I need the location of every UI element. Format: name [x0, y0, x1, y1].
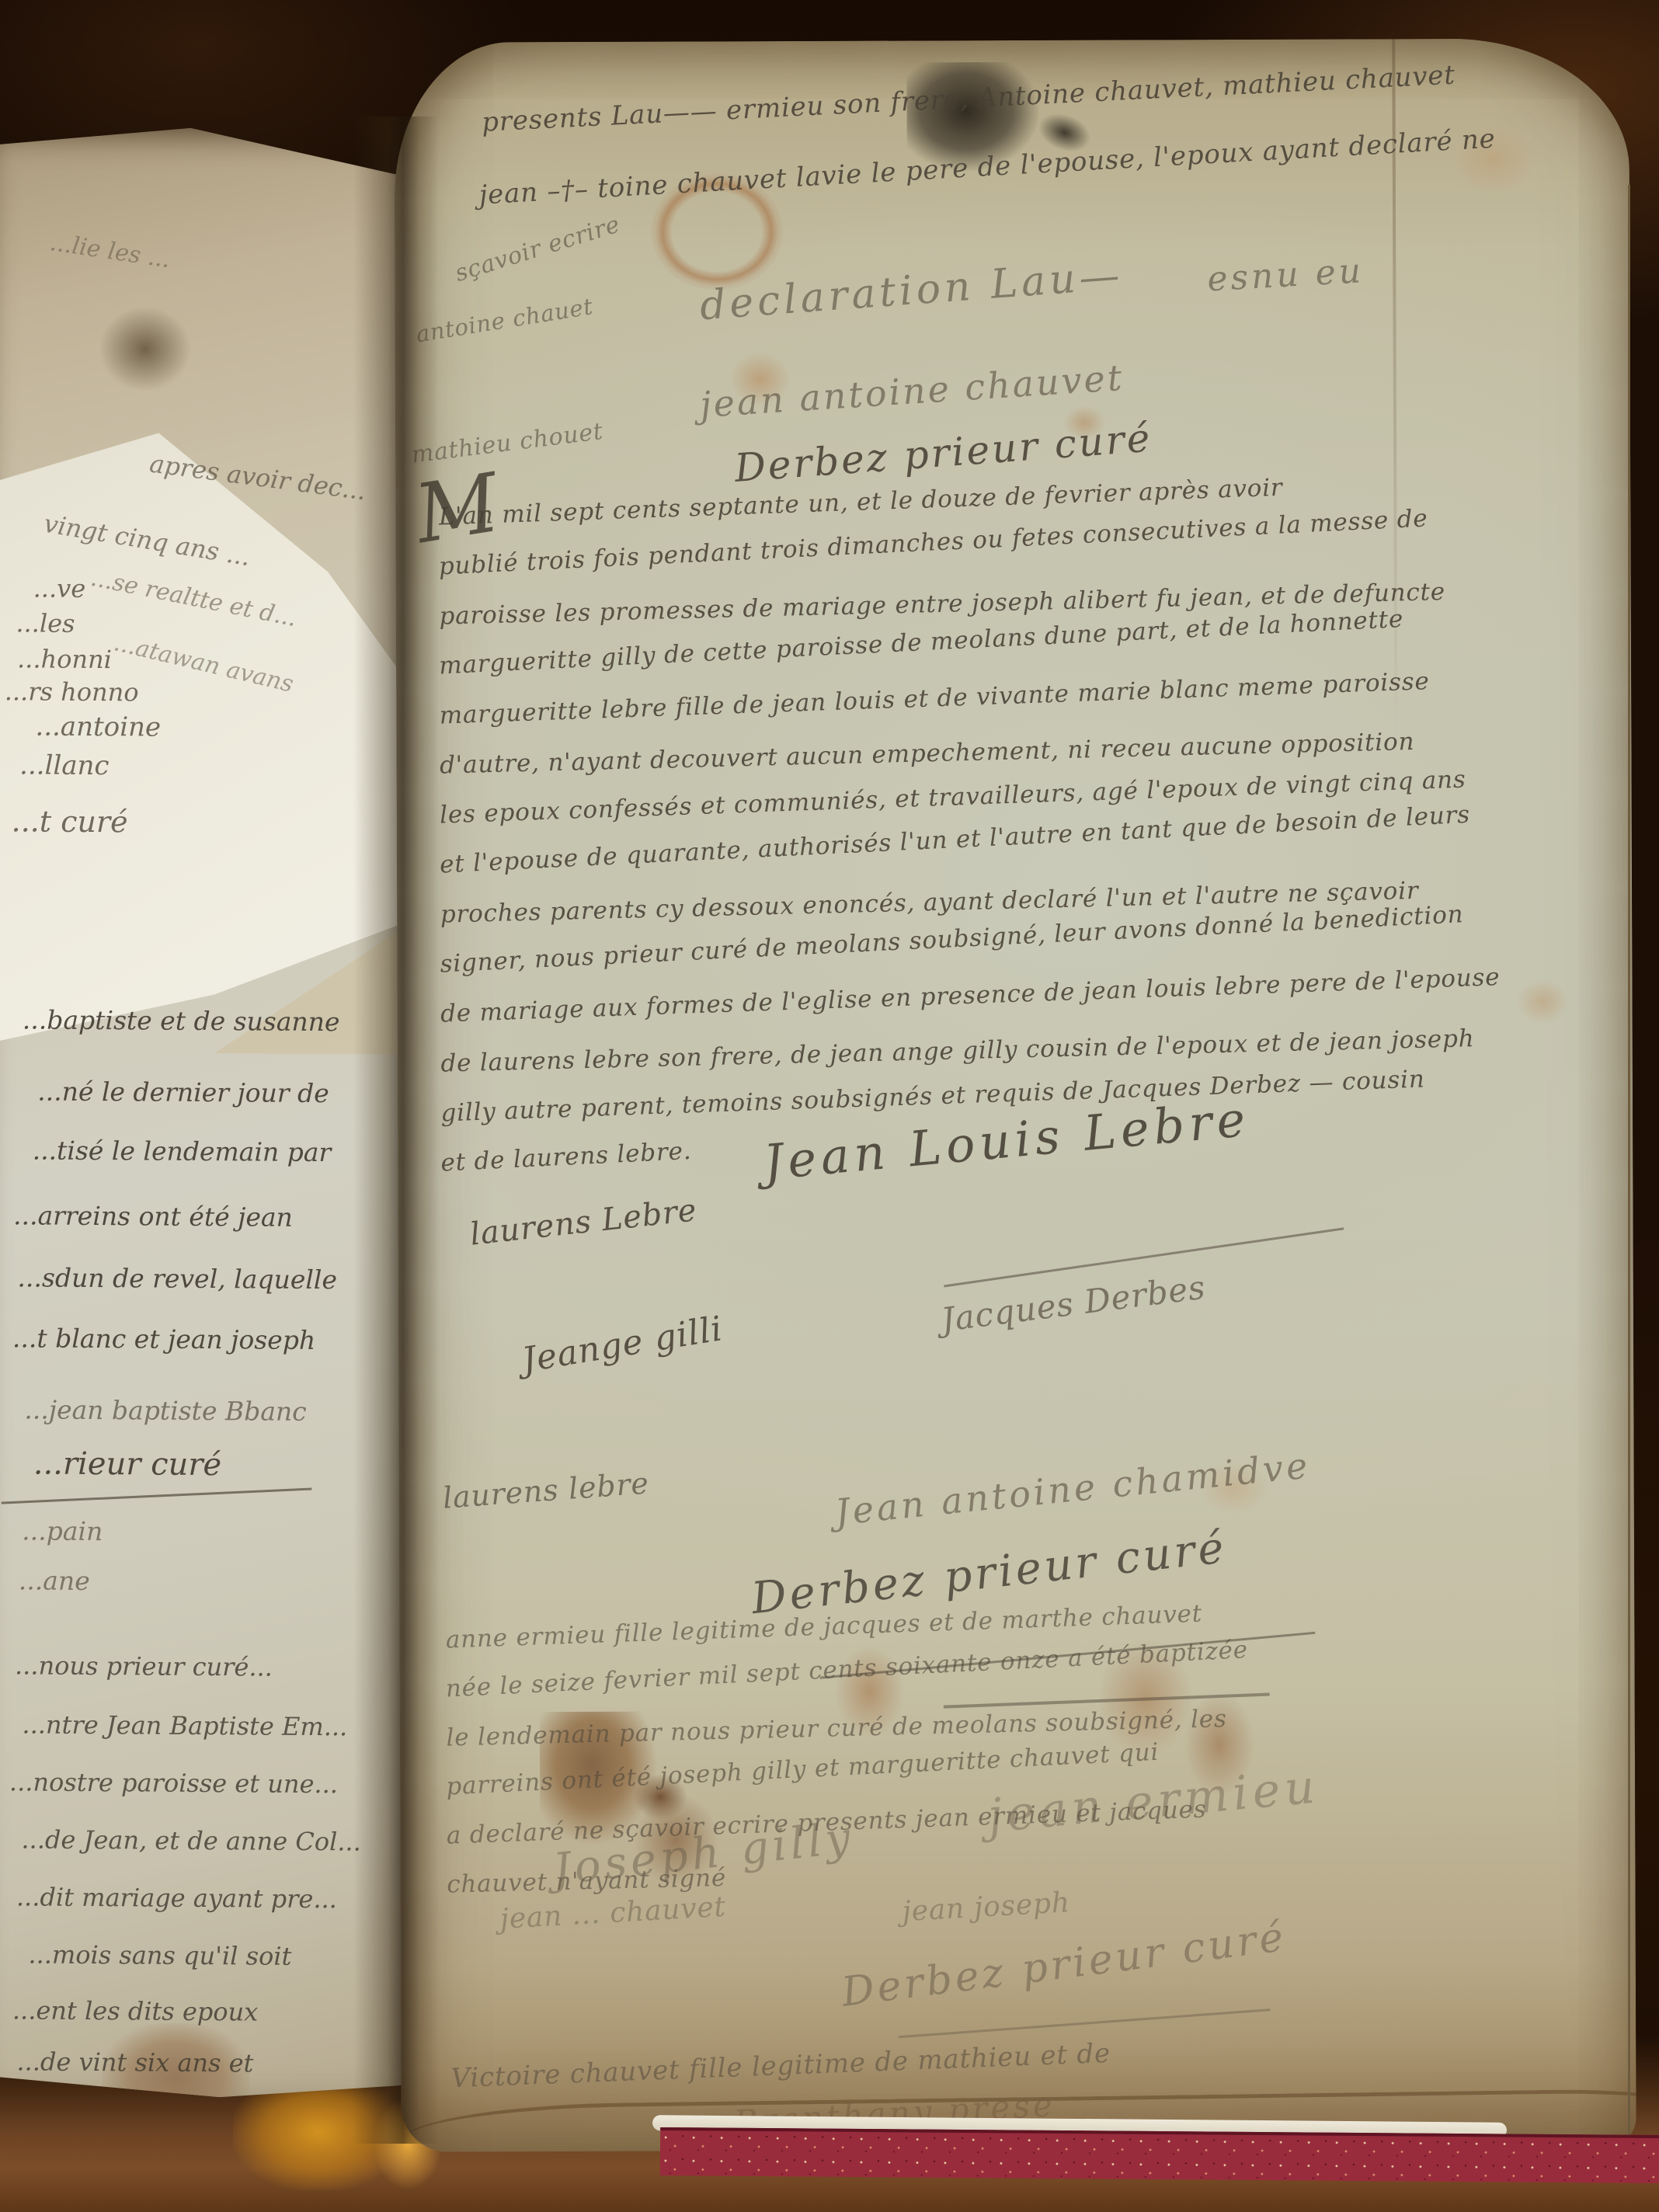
manuscript-name: jean antoine chauvet — [699, 360, 1125, 423]
page-fore-edge — [1628, 185, 1659, 2150]
manuscript-line: sçavoir ecrire — [453, 213, 623, 286]
manuscript-line: ...sdun de revel, laquelle — [17, 1262, 337, 1295]
signature: Jean antoine chamidve — [833, 1447, 1312, 1530]
manuscript-heading: declaration Lau— — [698, 256, 1125, 327]
manuscript-line: ...ane — [19, 1565, 90, 1596]
manuscript-line: ...né le dernier jour de — [37, 1076, 329, 1108]
margin-note: antoine chauet — [415, 295, 595, 346]
signature: Jeange gilli — [520, 1312, 725, 1378]
manuscript-fragment: ...llanc — [19, 750, 110, 781]
manuscript-line: ...nous prieur curé... — [15, 1650, 273, 1682]
margin-note: mathieu chouet — [410, 420, 604, 468]
torn-corner-white-page — [0, 127, 425, 2099]
flourish-line — [2, 1488, 312, 1504]
manuscript-line: ...nostre paroisse et une... — [9, 1767, 338, 1799]
manuscript-line: ...arreins ont été jean — [13, 1200, 293, 1233]
manuscript-line: ...t blanc et jean joseph — [12, 1323, 315, 1355]
signature: laurens lebre — [442, 1468, 650, 1512]
right-page: presents Lau—— ermieu son frere, Antoine… — [394, 38, 1636, 2152]
manuscript-line: presents Lau—— ermieu son frere, Antoine… — [481, 62, 1456, 136]
manuscript-line: ...ntre Jean Baptiste Em... — [22, 1709, 347, 1741]
manuscript-line: ...de vint six ans et — [16, 2047, 253, 2078]
signature: jean joseph — [902, 1889, 1071, 1926]
manuscript-line: ...dit mariage ayant pre... — [16, 1882, 337, 1914]
manuscript-line: jean –†– toine chauvet lavie le pere de … — [478, 126, 1496, 209]
manuscript-line: ...jean baptiste Bbanc — [24, 1394, 307, 1427]
manuscript-fragment: ...honni — [17, 644, 112, 674]
manuscript-fragment: ...rs honno — [5, 676, 139, 707]
manuscript-line: ...tisé le lendemain par — [33, 1135, 332, 1167]
manuscript-line: ...de Jean, et de anne Col... — [21, 1824, 361, 1856]
manuscript-fragment: ...ve — [33, 573, 86, 603]
manuscript-fragment: ...t curé — [11, 804, 127, 839]
signature: laurens Lebre — [468, 1195, 698, 1250]
manuscript-line: ...rieur curé — [33, 1445, 222, 1483]
manuscript-heading: esnu eu — [1206, 254, 1365, 297]
left-page: ...lie les ... apres avoir dec... vingt … — [0, 127, 425, 2099]
ink-blotch — [98, 306, 192, 392]
cure-signature: Derbez prieur curé — [733, 419, 1153, 488]
manuscript-fragment: ...les — [16, 608, 75, 638]
manuscript-line: ...mois sans qu'il soit — [28, 1939, 291, 1970]
manuscript-fragment: ...antoine — [35, 711, 161, 743]
manuscript-photo: ...lie les ... apres avoir dec... vingt … — [0, 0, 1659, 2212]
manuscript-line: ...lie les ... — [48, 229, 172, 273]
manuscript-line: ...baptiste et de susanne — [23, 1004, 340, 1037]
marbled-cover-edge — [660, 2127, 1659, 2183]
marriage-act-paragraph: L'an mil sept cents septante un, et le d… — [439, 502, 1501, 1202]
manuscript-line: ...ent les dits epoux — [12, 1995, 259, 2026]
tan-stain — [1515, 979, 1570, 1025]
manuscript-line: ...pain — [22, 1515, 103, 1546]
